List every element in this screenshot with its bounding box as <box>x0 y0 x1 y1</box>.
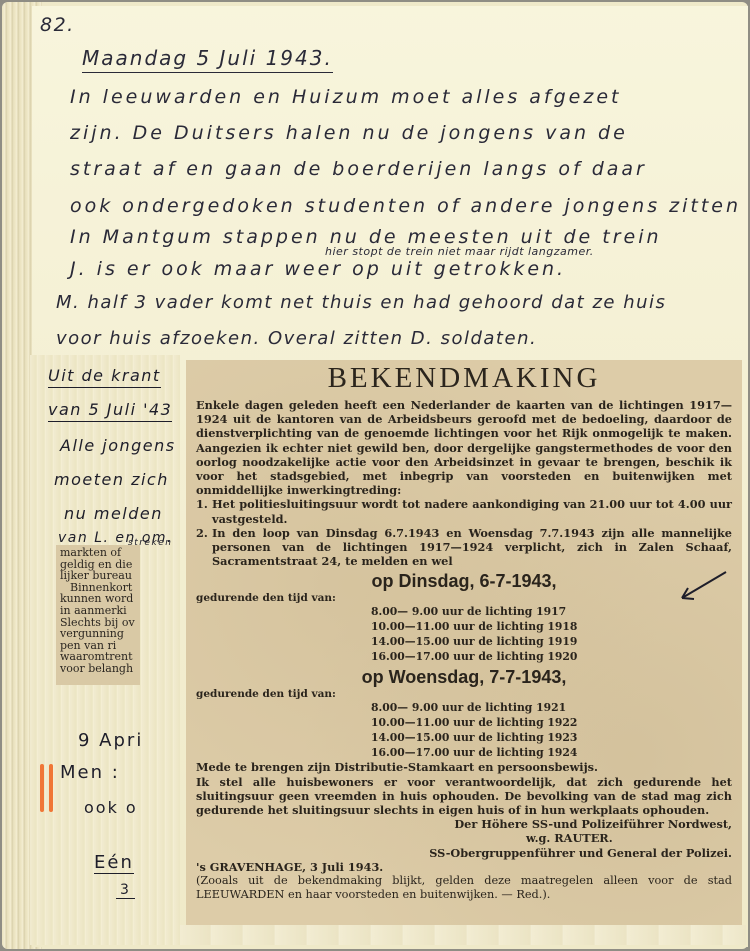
diary-line: In leeuwarden en Huizum moet alles afgez… <box>70 86 622 108</box>
diary-line: straat af en gaan de boerderijen langs o… <box>70 158 647 180</box>
red-margin-marks <box>40 764 56 814</box>
time-slot: 14.00—15.00 uur de lichting 1923 <box>371 730 732 745</box>
time-slot: 14.00—15.00 uur de lichting 1919 <box>371 634 732 649</box>
clip-line: markten of <box>60 547 136 559</box>
clip-line: in aanmerki <box>60 605 136 617</box>
time-slot: 10.00—11.00 uur de lichting 1922 <box>371 715 732 730</box>
clipping-item-1: 1. Het politiesluitingsuur wordt tot nad… <box>196 497 732 525</box>
diary-line: M. half 3 vader komt net thuis en had ge… <box>56 292 666 313</box>
during-label: gedurende den tijd van: <box>196 688 732 700</box>
lower-note-line: 3 <box>116 882 135 899</box>
side-note-line: van 5 Juli '43 <box>48 400 172 422</box>
lower-note-line: Men : <box>60 762 120 783</box>
clipping-body: Enkele dagen geleden heeft een Nederland… <box>196 398 732 902</box>
page-number: 82. <box>40 14 75 36</box>
time-slots-tuesday: 8.00— 9.00 uur de lichting 1917 10.00—11… <box>371 604 732 664</box>
lower-note-line: ook o <box>84 798 138 817</box>
interlinear-note: hier stopt de trein niet maar rijdt lang… <box>325 245 594 258</box>
time-slot: 8.00— 9.00 uur de lichting 1921 <box>371 700 732 715</box>
diary-line: ook ondergedoken studenten of andere jon… <box>70 195 741 217</box>
signature-title: Der Höhere SS-und Polizeiführer Nordwest… <box>196 817 732 831</box>
diary-line: zijn. De Duitsers halen nu de jongens va… <box>70 122 628 144</box>
page-bottom-edge <box>180 925 746 945</box>
diary-line: voor huis afzoeken. Overal zitten D. sol… <box>56 328 537 349</box>
hand-drawn-arrow-icon <box>678 570 728 604</box>
signature-name: w.g. RAUTER. <box>196 831 732 845</box>
day-heading-wednesday: op Woensdag, 7-7-1943, <box>196 666 732 688</box>
during-label: gedurende den tijd van: <box>196 592 732 604</box>
clipping-intro: Enkele dagen geleden heeft een Nederland… <box>196 398 732 497</box>
clipping-title: BEKENDMAKING <box>186 362 742 395</box>
time-slot: 16.00—17.00 uur de lichting 1924 <box>371 745 732 760</box>
closing-line-1: Mede te brengen zijn Distributie-Stamkaa… <box>196 760 732 774</box>
side-note-line: moeten zich <box>54 470 169 489</box>
editor-note: (Zooals uit de bekendmaking blijkt, geld… <box>196 874 732 902</box>
time-slot: 16.00—17.00 uur de lichting 1920 <box>371 649 732 664</box>
time-slots-wednesday: 8.00— 9.00 uur de lichting 1921 10.00—11… <box>371 700 732 760</box>
time-slot: 10.00—11.00 uur de lichting 1918 <box>371 619 732 634</box>
lower-note-line: Eén <box>94 852 134 874</box>
small-newspaper-clipping: markten of geldig en die lijker bureau B… <box>56 545 140 685</box>
place-date: 's GRAVENHAGE, 3 Juli 1943. <box>196 860 732 874</box>
diary-line: J. is er ook maar weer op uit getrokken. <box>70 258 566 280</box>
signature-rank: SS-Obergruppenführer und General der Pol… <box>196 846 732 860</box>
side-note-line: nu melden <box>64 504 163 523</box>
newspaper-clipping-bekendmaking: BEKENDMAKING Enkele dagen geleden heeft … <box>186 360 742 925</box>
lower-note-line: 9 Apri <box>78 730 143 751</box>
side-note-line: Alle jongens <box>60 436 176 455</box>
time-slot: 8.00— 9.00 uur de lichting 1917 <box>371 604 732 619</box>
closing-line-2: Ik stel alle huisbewoners er voor verant… <box>196 775 732 818</box>
day-heading-tuesday: op Dinsdag, 6-7-1943, <box>196 570 732 592</box>
side-note-line: Uit de krant <box>48 366 161 388</box>
clipping-item-2: 2. In den loop van Dinsdag 6.7.1943 en W… <box>196 526 732 569</box>
clip-line: voor belangh <box>60 663 136 675</box>
clip-line: vergunning <box>60 628 136 640</box>
date-heading: Maandag 5 Juli 1943. <box>82 46 333 73</box>
